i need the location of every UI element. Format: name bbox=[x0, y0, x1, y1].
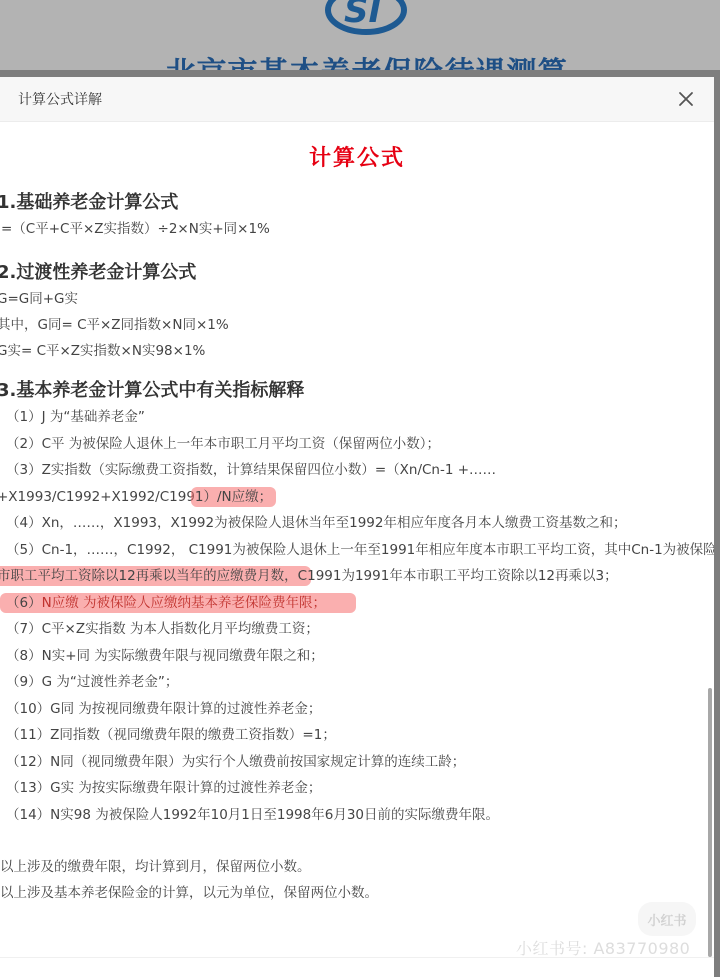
explanation-item: （1）J 为“基础养老金” bbox=[0, 404, 714, 431]
explanation-item-continued: +X1993/C1992+X1992/C1991）/N应缴； bbox=[0, 484, 714, 511]
section-basic-pension: 1.基础养老金计算公式 J=（C平+C平×Z实指数）÷2×N实+同×1% bbox=[0, 190, 714, 242]
explanation-item: （4）Xn，……，X1993，X1992为被保险人退休当年至1992年相应年度各… bbox=[0, 510, 714, 537]
explanation-item: （7）C平×Z实指数 为本人指数化月平均缴费工资； bbox=[0, 616, 714, 643]
note-line: 以上涉及基本养老保险金的计算，以元为单位，保留两位小数。 bbox=[0, 880, 714, 906]
explanation-item: （13）G实 为按实际缴费年限计算的过渡性养老金； bbox=[0, 775, 714, 802]
formula-line: G=G同+G实 bbox=[0, 286, 714, 312]
section-title: 3.基本养老金计算公式中有关指标解释 bbox=[0, 378, 714, 404]
close-button[interactable] bbox=[676, 89, 696, 109]
formula-detail-modal: 计算公式详解 计算公式 1.基础养老金计算公式 J=（C平+C平×Z实指数）÷2… bbox=[0, 77, 714, 957]
explanation-item: （6）N应缴 为被保险人应缴纳基本养老保险费年限； bbox=[0, 590, 714, 617]
watermark-id: 小红书号: A83770980 bbox=[516, 936, 690, 959]
explanation-item: （2）C平 为被保险人退休上一年本市职工月平均工资（保留两位小数）； bbox=[0, 431, 714, 458]
watermark-logo: 小红书 bbox=[638, 902, 696, 936]
highlight-mark: （6）N应缴 为被保险人应缴纳基本养老保险费年限； bbox=[0, 593, 356, 613]
section-title: 2.过渡性养老金计算公式 bbox=[0, 260, 714, 286]
explanation-text: 1991为1991年本市职工平均工资除以12再乘以3； bbox=[307, 568, 617, 584]
close-icon bbox=[678, 91, 694, 107]
modal-header: 计算公式详解 bbox=[0, 77, 714, 122]
formula-main-title: 计算公式 bbox=[0, 142, 714, 176]
explanation-item: （9）G 为“过渡性养老金”； bbox=[0, 669, 714, 696]
formula-line: 其中，G同= C平×Z同指数×N同×1% bbox=[0, 312, 714, 338]
section-transitional-pension: 2.过渡性养老金计算公式 G=G同+G实 其中，G同= C平×Z同指数×N同×1… bbox=[0, 260, 714, 364]
formula-line: J=（C平+C平×Z实指数）÷2×N实+同×1% bbox=[0, 216, 714, 242]
formula-text: +X1993/C1992+X1992/C199 bbox=[0, 489, 195, 505]
svg-text:SI: SI bbox=[344, 0, 381, 31]
explanation-text: （5）Cn-1，……，C1992， C1991为被保险人退休上一年至1991年相… bbox=[6, 542, 714, 558]
scrollbar[interactable] bbox=[708, 688, 713, 957]
scrollbar-thumb[interactable] bbox=[708, 688, 712, 957]
explanation-item: （11）Z同指数（视同缴费年限的缴费工资指数）=1； bbox=[0, 722, 714, 749]
modal-title: 计算公式详解 bbox=[18, 89, 102, 109]
explanation-item: （14）N实98 为被保险人1992年10月1日至1998年6月30日前的实际缴… bbox=[0, 802, 714, 829]
highlighted-text: N应缴 为被保险人应缴纳基本养老保险费年限； bbox=[42, 595, 326, 611]
modal-bottom-edge bbox=[0, 957, 714, 977]
highlight-mark: 市职工平均工资除以12再乘以当年的应缴费月数，C bbox=[0, 566, 311, 586]
modal-body: 计算公式 1.基础养老金计算公式 J=（C平+C平×Z实指数）÷2×N实+同×1… bbox=[0, 142, 714, 906]
highlight-mark: 1）/N应缴； bbox=[191, 487, 276, 507]
explanation-item: （12）N同（视同缴费年限）为实行个人缴费前按国家规定计算的连续工龄； bbox=[0, 749, 714, 776]
explanation-item: （3）Z实指数（实际缴费工资指数，计算结果保留四位小数）=（Xn/Cn-1 +…… bbox=[0, 457, 714, 484]
formula-line: G实= C平×Z实指数×N实98×1% bbox=[0, 338, 714, 364]
section-title: 1.基础养老金计算公式 bbox=[0, 190, 714, 216]
explanation-item: （8）N实+同 为实际缴费年限与视同缴费年限之和； bbox=[0, 643, 714, 670]
explanation-item-continued: 市职工平均工资除以12再乘以当年的应缴费月数，C1991为1991年本市职工平均… bbox=[0, 563, 714, 590]
item-number: （6） bbox=[6, 595, 42, 611]
csi-logo-icon: SI bbox=[322, 0, 412, 38]
explanation-item: （10）G同 为按视同缴费年限计算的过渡性养老金； bbox=[0, 696, 714, 723]
section-indicator-explanations: 3.基本养老金计算公式中有关指标解释 （1）J 为“基础养老金” （2）C平 为… bbox=[0, 378, 714, 828]
explanation-item: （5）Cn-1，……，C1992， C1991为被保险人退休上一年至1991年相… bbox=[0, 537, 714, 564]
notes: 以上涉及的缴费年限，均计算到月，保留两位小数。 以上涉及基本养老保险金的计算，以… bbox=[0, 854, 714, 906]
note-line: 以上涉及的缴费年限，均计算到月，保留两位小数。 bbox=[0, 854, 714, 880]
